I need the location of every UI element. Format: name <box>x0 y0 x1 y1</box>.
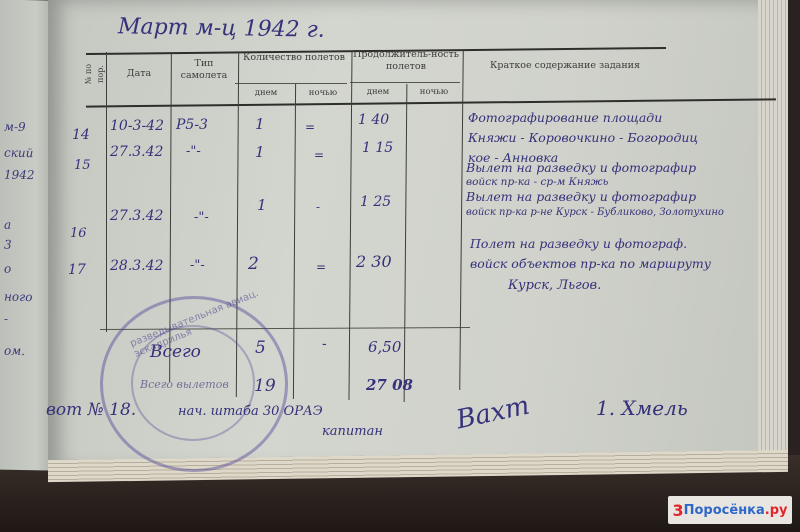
row-summary-line: войск пр-ка р-не Курск - Бубликово, Золо… <box>466 207 724 218</box>
row-num: 17 <box>68 262 86 278</box>
col-header-summary: Краткое содержание задания <box>490 60 640 72</box>
row-summary-line: войск пр-ка - ср-м Княжь <box>466 176 608 188</box>
left-page-scribble: 3 <box>4 238 12 252</box>
totals-duration-month: 6,50 <box>368 338 401 356</box>
col-header-duration-night: ночью <box>406 86 462 98</box>
row-aircraft-type: -"- <box>190 258 205 273</box>
watermark-suffix: .ру <box>765 503 788 518</box>
row-summary-line: Фотографирование площади <box>468 110 662 125</box>
totals-label: Всего <box>150 342 201 362</box>
row-summary-line: Княжи - Коровочкино - Богородиц <box>468 130 698 145</box>
footer-position: нач. штаба 30 ОРАЭ <box>178 404 323 419</box>
totals-duration-overall: 27 08 <box>366 376 413 394</box>
row-count-day: 1 <box>257 196 267 214</box>
row-summary-line: Полет на разведку и фотограф. <box>470 236 687 251</box>
site-watermark: 3 Поросёнка .ру <box>668 496 792 524</box>
row-num: 14 <box>72 127 90 143</box>
row-aircraft-type: -"- <box>194 210 209 225</box>
row-duration-day: 1 40 <box>358 112 389 128</box>
row-count-day: 1 <box>255 143 265 161</box>
signature-2: 1. Хмель <box>596 396 688 420</box>
row-date: 27.3.42 <box>110 144 163 160</box>
left-page-scribble: - <box>4 312 8 326</box>
col-divider <box>106 52 107 332</box>
left-page-scribble: м-9 <box>4 120 26 134</box>
footer-rank: капитан <box>322 424 383 439</box>
left-page-scribble: а <box>4 218 11 232</box>
col-header-duration-day: днем <box>351 86 405 98</box>
totals-overall-label: Всего вылетов <box>140 378 229 391</box>
col-header-date: Дата <box>110 68 168 80</box>
col-header-count-day: днем <box>238 87 294 99</box>
row-aircraft-type: -"- <box>186 144 201 159</box>
row-count-night: = <box>314 148 324 162</box>
row-count-day: 1 <box>255 115 265 133</box>
row-num: 16 <box>70 226 87 241</box>
row-count-day: 2 <box>248 254 259 274</box>
row-summary-line: войск объектов пр-ка по маршруту <box>470 256 711 271</box>
footer-note: вот № 18. <box>46 400 136 420</box>
watermark-digit: 3 <box>672 501 683 520</box>
left-page-scribble: ного <box>4 290 32 304</box>
left-page-scribble: ский <box>4 146 33 161</box>
row-date: 10-3-42 <box>110 118 164 134</box>
row-duration-day: 1 15 <box>362 140 393 156</box>
header-month: Март м-ц 1942 г. <box>118 14 325 43</box>
totals-count-night: - <box>322 336 327 352</box>
row-count-night: - <box>316 200 320 214</box>
left-page-scribble: о <box>4 262 11 276</box>
col-header-aircraft-type: Тип самолета <box>172 58 236 82</box>
totals-count-month: 5 <box>255 338 266 358</box>
row-date: 27.3.42 <box>110 208 163 224</box>
watermark-text: Поросёнка <box>684 503 765 518</box>
subheader-divider <box>235 83 347 84</box>
row-date: 28.3.42 <box>110 258 163 274</box>
totals-count-overall: 19 <box>254 376 276 396</box>
row-duration-day: 1 25 <box>360 194 391 210</box>
row-aircraft-type: Р5-3 <box>176 117 208 133</box>
subheader-divider <box>350 82 460 83</box>
left-page-scribble: 1942 <box>4 168 35 183</box>
left-page-scribble: ом. <box>4 344 25 358</box>
row-count-night: = <box>305 120 315 134</box>
col-header-flight-count: Количество полетов <box>238 52 350 64</box>
col-header-count-night: ночью <box>295 87 351 99</box>
row-summary-line: Курск, Льгов. <box>508 278 601 293</box>
row-count-night: = <box>316 260 326 274</box>
row-duration-day: 2 30 <box>356 252 392 271</box>
row-summary-line: Вылет на разведку и фотографир <box>466 189 696 204</box>
col-header-duration: Продолжитель-ность полетов <box>351 49 461 73</box>
row-num: 15 <box>74 158 91 173</box>
col-header-num: № по пор. <box>83 63 107 85</box>
row-summary-line: Вылет на разведку и фотографир <box>466 160 696 175</box>
page-stack-edge <box>758 0 788 470</box>
